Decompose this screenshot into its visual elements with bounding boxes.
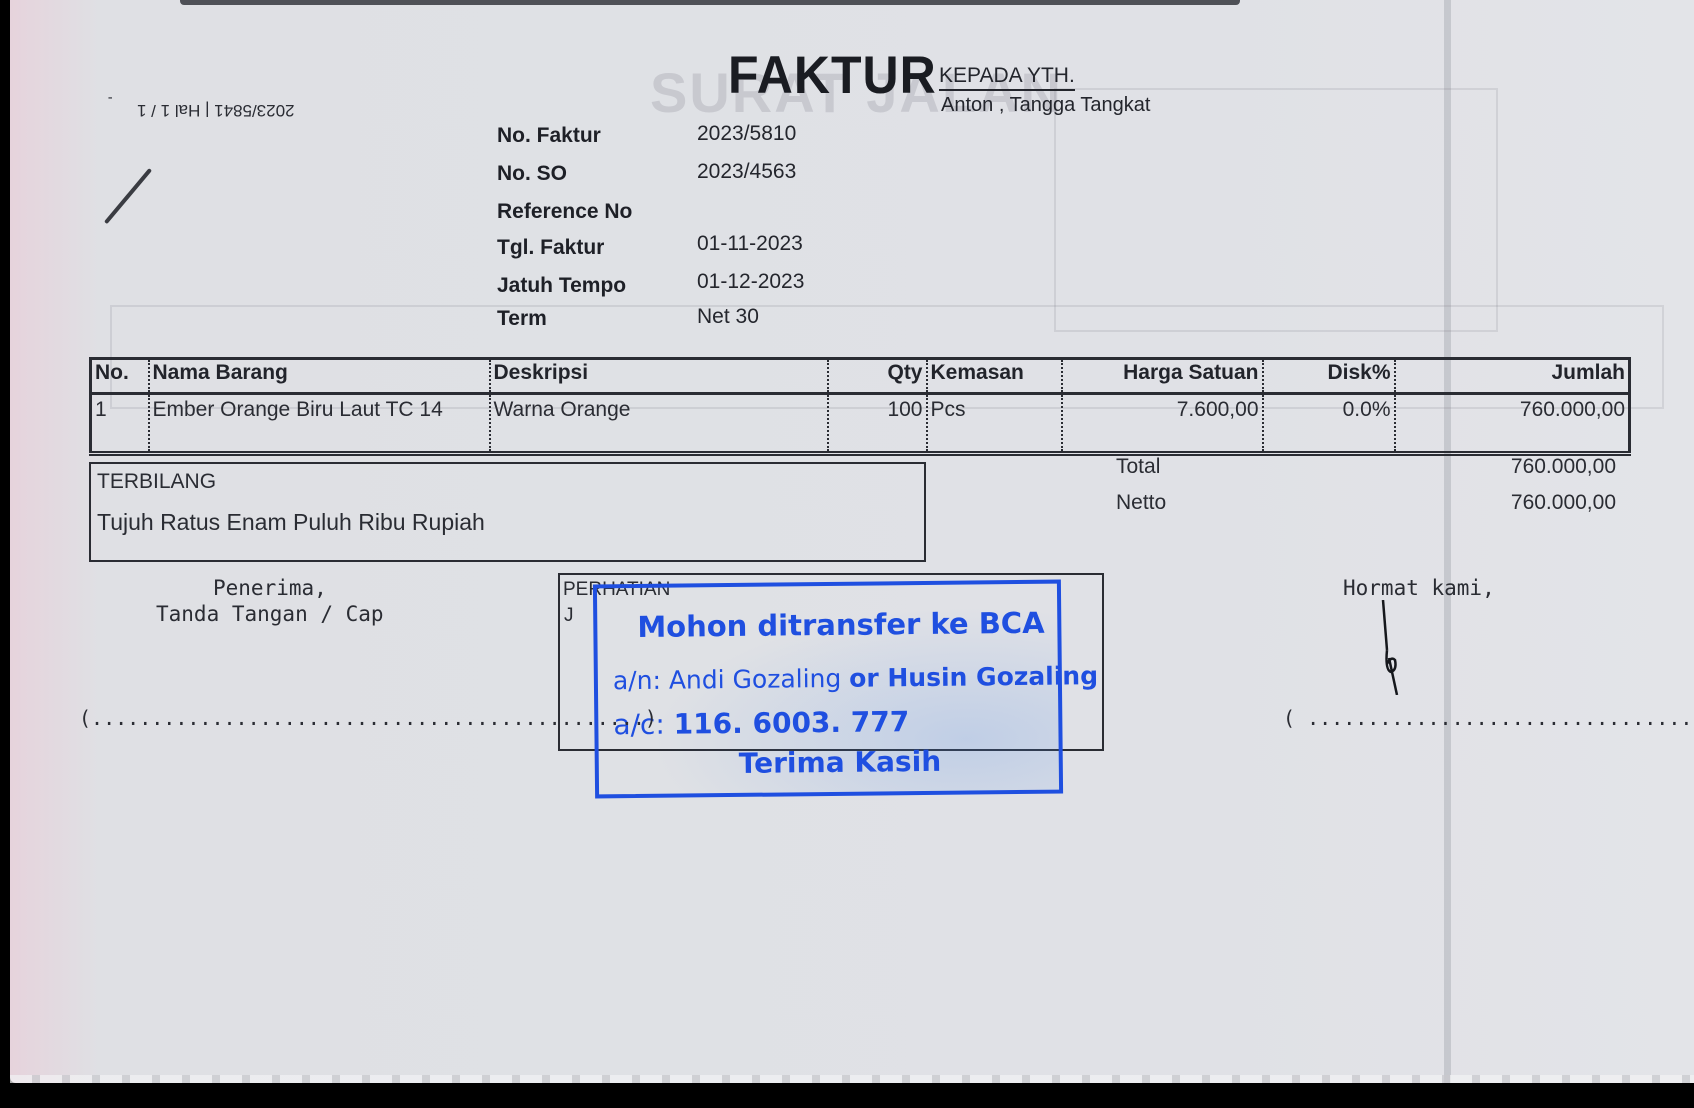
table-header-row: No. Nama Barang Deskripsi Qty Kemasan Ha…	[91, 359, 1630, 394]
meta-label-tgl-faktur: Tgl. Faktur	[497, 236, 604, 260]
stamp-line-account-name: a/n: Andi Gozaling or Husin Gozaling	[613, 661, 1098, 695]
meta-value-tgl-faktur: 01-11-2023	[697, 232, 803, 256]
meta-label-reference-no: Reference No	[497, 200, 632, 224]
cell-disk: 0.0%	[1263, 394, 1395, 454]
cell-no: 1	[91, 394, 149, 454]
perhatian-text: J	[564, 605, 574, 627]
total-label: Total	[1116, 455, 1160, 479]
cell-nama-barang: Ember Orange Biru Laut TC 14	[149, 394, 490, 454]
table-row: 1 Ember Orange Biru Laut TC 14 Warna Ora…	[91, 394, 1630, 454]
top-edge-strip	[180, 0, 1240, 5]
netto-label: Netto	[1116, 491, 1166, 515]
total-value: 760.000,00	[1511, 455, 1616, 479]
meta-label-no-so: No. SO	[497, 162, 567, 186]
handwritten-signature-icon	[1381, 600, 1411, 695]
stamp-account-name-alt: or Husin Gozaling	[849, 661, 1098, 693]
rotated-page-reference: 2023/5841 | Hal 1 / 1	[137, 100, 295, 120]
receiver-sign-label: Tanda Tangan / Cap	[156, 602, 384, 626]
col-header-disk: Disk%	[1263, 359, 1395, 394]
netto-value: 760.000,00	[1511, 491, 1616, 515]
cell-jumlah: 760.000,00	[1395, 394, 1630, 454]
cell-kemasan: Pcs	[927, 394, 1062, 454]
col-header-no: No.	[91, 359, 149, 394]
col-header-jumlah: Jumlah	[1395, 359, 1630, 394]
meta-value-no-faktur: 2023/5810	[697, 122, 796, 146]
bank-transfer-stamp: Mohon ditransfer ke BCA a/n: Andi Gozali…	[593, 580, 1063, 799]
col-header-qty: Qty	[828, 359, 927, 394]
meta-value-jatuh-tempo: 01-12-2023	[697, 270, 804, 294]
stamp-account-number: 116. 6003. 777	[674, 705, 910, 740]
meta-value-term: Net 30	[697, 305, 759, 329]
stamp-line-account-number: a/c: 116. 6003. 777	[613, 705, 909, 741]
recipient-name: Anton , Tangga Tangkat	[941, 94, 1150, 117]
col-header-kemasan: Kemasan	[927, 359, 1062, 394]
ghost-recipient-box	[1054, 88, 1498, 332]
recipient-label: KEPADA YTH.	[939, 64, 1075, 91]
cell-harga-satuan: 7.600,00	[1062, 394, 1263, 454]
meta-label-jatuh-tempo: Jatuh Tempo	[497, 274, 626, 298]
meta-value-no-so: 2023/4563	[697, 160, 796, 184]
terbilang-label: TERBILANG	[97, 470, 216, 494]
receiver-signature-line: (.......................................…	[79, 706, 657, 730]
cell-qty: 100	[828, 394, 927, 454]
stamp-line-thanks: Terima Kasih	[739, 745, 942, 780]
meta-label-term: Term	[497, 307, 547, 331]
meta-label-no-faktur: No. Faktur	[497, 124, 601, 148]
terbilang-box: TERBILANG Tujuh Ratus Enam Puluh Ribu Ru…	[89, 462, 926, 562]
col-header-nama-barang: Nama Barang	[149, 359, 490, 394]
sender-signature-line: ( ................................ )	[1283, 706, 1694, 730]
terbilang-text: Tujuh Ratus Enam Puluh Ribu Rupiah	[97, 509, 485, 536]
cell-deskripsi: Warna Orange	[490, 394, 828, 454]
tick-mark: -	[106, 90, 114, 106]
pen-stroke-mark	[104, 168, 152, 224]
col-header-deskripsi: Deskripsi	[490, 359, 828, 394]
stamp-account-name-prefix: a/n: Andi Gozaling	[613, 664, 850, 695]
stamp-line-transfer: Mohon ditransfer ke BCA	[637, 606, 1045, 644]
document-title: FAKTUR	[728, 45, 937, 106]
sender-label: Hormat kami,	[1343, 576, 1495, 600]
items-table: No. Nama Barang Deskripsi Qty Kemasan Ha…	[89, 357, 1631, 456]
invoice-paper: SURAT JALAN - 2023/5841 | Hal 1 / 1 FAKT…	[10, 0, 1694, 1083]
receiver-label: Penerima,	[213, 576, 327, 600]
col-header-harga-satuan: Harga Satuan	[1062, 359, 1263, 394]
